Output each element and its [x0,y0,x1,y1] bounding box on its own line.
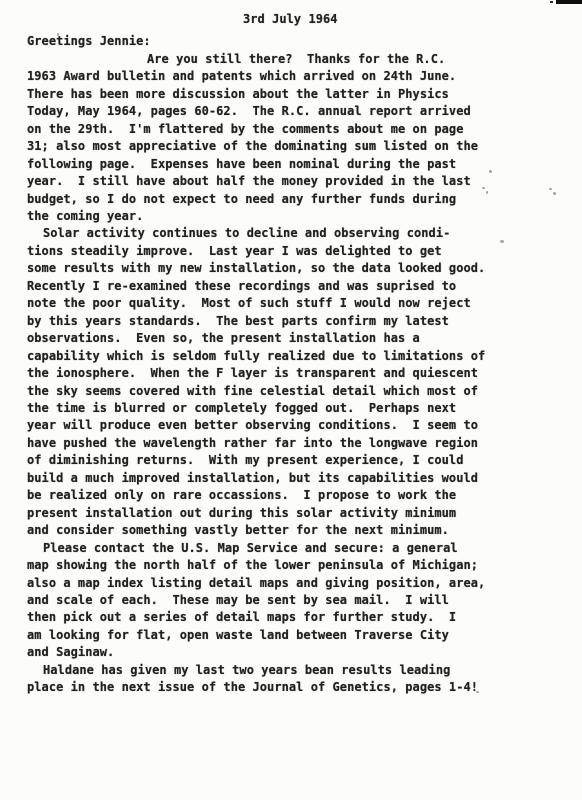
scan-speck [489,170,492,173]
letter-line: capability which is seldom fully realize… [27,348,485,365]
letter-line: have pushed the wavelength rather far in… [27,435,485,452]
letter-line: Please contact the U.S. Map Service and … [27,540,485,557]
letter-line: be realized only on rare occassions. I p… [27,487,485,504]
scan-speck [486,191,488,194]
letter-line: place in the next issue of the Journal o… [27,679,485,696]
scanned-letter-page: 3rd July 1964 Greetings Jennie:Are you s… [0,0,582,800]
letter-line: of diminishing returns. With my present … [27,452,485,469]
letter-line: Haldane has given my last two years bean… [27,662,485,679]
letter-line: year. I still have about half the money … [27,173,485,190]
letter-line: the coming year. [27,208,485,225]
letter-content: 3rd July 1964 Greetings Jennie:Are you s… [27,11,485,697]
letter-line: and scale of each. These may be sent by … [27,592,485,609]
letter-line: year will produce even better observing … [27,417,485,434]
letter-line: also a map index listing detail maps and… [27,575,485,592]
letter-line: 31; also most appreciative of the domina… [27,138,485,155]
scan-speck [500,240,504,243]
letter-line: note the poor quality. Most of such stuf… [27,295,485,312]
scan-speck [549,188,552,190]
scan-artifact-corner-bar [556,0,582,4]
letter-line: observations. Even so, the present insta… [27,330,485,347]
letter-line: on the 29th. I'm flattered by the commen… [27,121,485,138]
letter-line: and Saginaw. [27,644,485,661]
scan-artifact-corner-tick [550,1,553,3]
letter-line: by this years standards. The best parts … [27,313,485,330]
letter-line: the ionosphere. When the F layer is tran… [27,365,485,382]
letter-line: budget, so I do not expect to need any f… [27,191,485,208]
letter-line: Recently I re-examined these recordings … [27,278,485,295]
letter-line: the sky seems covered with fine celestia… [27,383,485,400]
letter-line: the time is blurred or completely fogged… [27,400,485,417]
letter-line: tions steadily improve. Last year I was … [27,243,485,260]
letter-line: build a much improved installation, but … [27,470,485,487]
letter-line: Today, May 1964, pages 60-62. The R.C. a… [27,103,485,120]
letter-body: Greetings Jennie:Are you still there? Th… [27,33,485,696]
letter-line: present installation out during this sol… [27,505,485,522]
letter-line: following page. Expenses have been nomin… [27,156,485,173]
letter-line: 1963 Award bulletin and patents which ar… [27,68,485,85]
letter-line: and consider something vastly better for… [27,522,485,539]
letter-line: Greetings Jennie: [27,33,485,50]
letter-line: map showing the north half of the lower … [27,557,485,574]
letter-date: 3rd July 1964 [243,11,485,28]
scan-speck [553,192,556,195]
letter-line: am looking for flat, open waste land bet… [27,627,485,644]
letter-line: There has been more discussion about the… [27,86,485,103]
letter-line: then pick out a series of detail maps fo… [27,609,485,626]
letter-line: Are you still there? Thanks for the R.C. [27,51,485,68]
letter-line: some results with my new installation, s… [27,260,485,277]
letter-line: Solar activity continues to decline and … [27,225,485,242]
